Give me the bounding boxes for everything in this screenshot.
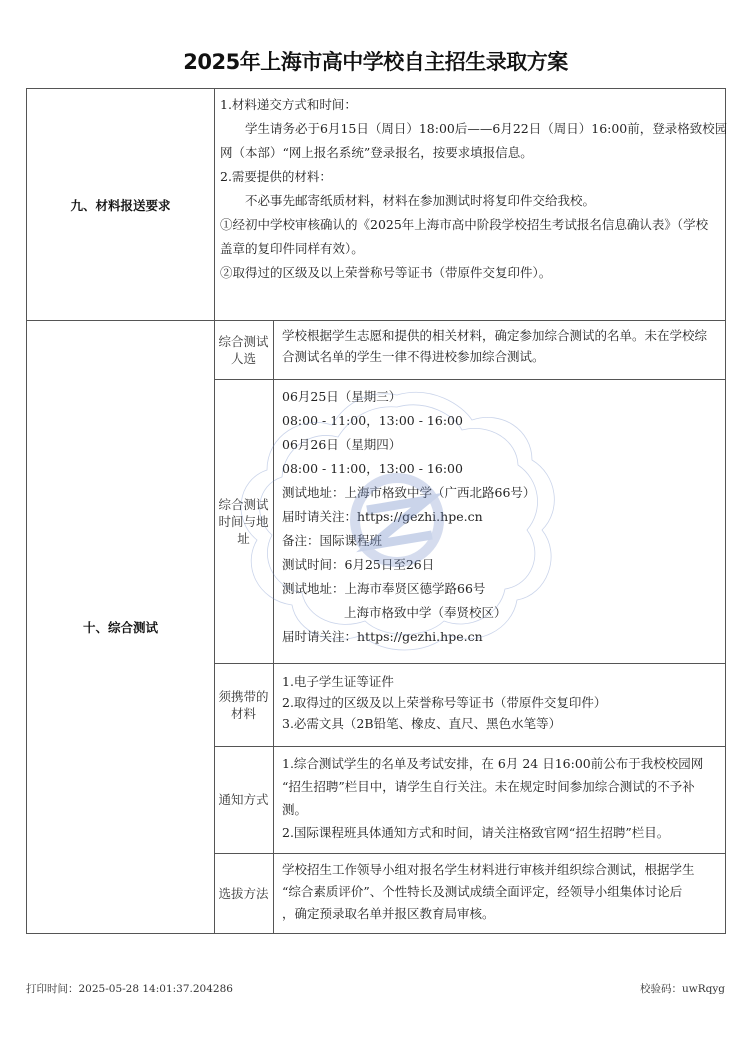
text-line: ，确定预录取名单并报区教育局审核。 <box>282 903 717 925</box>
row-selection-method: 选拔方法 学校招生工作领导小组对报名学生材料进行审核并组织综合测试，根据学生 “… <box>214 853 725 934</box>
text-line: 3.必需文具（2B铅笔、橡皮、直尺、黑色水笔等） <box>282 713 717 734</box>
section-body-materials: 1.材料递交方式和时间： 学生请务必于6月15日（周日）18:00后——6月22… <box>214 89 725 320</box>
text-line: “综合素质评价”、个性特长及测试成绩全面评定，经领导小组集体讨论后 <box>282 881 717 903</box>
text-line: 盖章的复印件同样有效）。 <box>220 237 719 261</box>
section-label-comprehensive-test: 十、综合测试 <box>27 321 215 933</box>
section-body-comprehensive-test: 综合测试人选 学校根据学生志愿和提供的相关材料，确定参加综合测试的名单。未在学校… <box>214 321 725 933</box>
row-content: 1.综合测试学生的名单及考试安排，在 6月 24 日16:00前公布于我校校园网… <box>274 746 725 853</box>
link-text: 届时请关注：https://gezhi.hpe.cn <box>282 625 717 649</box>
text-line: 08:00 - 11:00，13:00 - 16:00 <box>282 457 717 481</box>
row-label: 通知方式 <box>214 746 274 853</box>
row-label: 须携带的材料 <box>214 663 274 746</box>
text-line: ①经初中学校审核确认的《2025年上海市高中阶段学校招生考试报名信息确认表》（学… <box>220 213 719 237</box>
text-line: 不必事先邮寄纸质材料，材料在参加测试时将复印件交给我校。 <box>220 189 719 213</box>
text-line: 学生请务必于6月15日（周日）18:00后——6月22日（周日）16:00前，登… <box>220 117 719 141</box>
text-line: 2.需要提供的材料： <box>220 165 719 189</box>
text-line: 2.国际课程班具体通知方式和时间，请关注格致官网“招生招聘”栏目。 <box>282 821 717 844</box>
text-line: 测试时间：6月25日至26日 <box>282 553 717 577</box>
row-content: 学校根据学生志愿和提供的相关材料，确定参加综合测试的名单。未在学校综 合测试名单… <box>274 321 725 379</box>
text-line: 学校根据学生志愿和提供的相关材料，确定参加综合测试的名单。未在学校综 <box>282 325 717 346</box>
section-comprehensive-test: 十、综合测试 综合测试人选 学校根据学生志愿和提供的相关材料，确定参加综合测试的… <box>27 321 725 933</box>
section-materials: 九、材料报送要求 1.材料递交方式和时间： 学生请务必于6月15日（周日）18:… <box>27 89 725 321</box>
row-content: 06月25日（星期三） 08:00 - 11:00，13:00 - 16:00 … <box>274 379 725 663</box>
text-line: 06月26日（星期四） <box>282 433 717 457</box>
link-text: 届时请关注：https://gezhi.hpe.cn <box>282 505 717 529</box>
text-line: “招生招聘”栏目中，请学生自行关注。未在规定时间参加综合测试的不予补 <box>282 775 717 798</box>
text-line: 06月25日（星期三） <box>282 385 717 409</box>
row-label: 综合测试时间与地址 <box>214 379 274 663</box>
text-line: 备注：国际课程班 <box>282 529 717 553</box>
row-materials-to-bring: 须携带的材料 1.电子学生证等证件 2.取得过的区级及以上荣誉称号等证书（带原件… <box>214 663 725 747</box>
row-label: 选拔方法 <box>214 853 274 934</box>
print-time: 打印时间：2025-05-28 14:01:37.204286 <box>26 981 233 996</box>
row-content: 学校招生工作领导小组对报名学生材料进行审核并组织综合测试，根据学生 “综合素质评… <box>274 853 725 934</box>
check-code: 校验码：uwRqyg <box>640 981 725 996</box>
document-title: 2025年上海市高中学校自主招生录取方案 <box>0 46 751 76</box>
text-line: 1.电子学生证等证件 <box>282 671 717 692</box>
section-label-materials: 九、材料报送要求 <box>27 89 215 320</box>
text-line: 学校招生工作领导小组对报名学生材料进行审核并组织综合测试，根据学生 <box>282 859 717 881</box>
text-line: 2.取得过的区级及以上荣誉称号等证书（带原件交复印件） <box>282 692 717 713</box>
row-notification: 通知方式 1.综合测试学生的名单及考试安排，在 6月 24 日16:00前公布于… <box>214 746 725 854</box>
row-time-address: 综合测试时间与地址 06月25日（星期三） 08:00 - 11:00，13:0… <box>214 379 725 664</box>
row-content: 1.电子学生证等证件 2.取得过的区级及以上荣誉称号等证书（带原件交复印件） 3… <box>274 663 725 746</box>
row-label: 综合测试人选 <box>214 321 274 379</box>
text-line: ②取得过的区级及以上荣誉称号等证书（带原件交复印件）。 <box>220 261 719 285</box>
text-line: 08:00 - 11:00，13:00 - 16:00 <box>282 409 717 433</box>
text-line: 合测试名单的学生一律不得进校参加综合测试。 <box>282 346 717 367</box>
text-line: 测。 <box>282 798 717 821</box>
row-candidates: 综合测试人选 学校根据学生志愿和提供的相关材料，确定参加综合测试的名单。未在学校… <box>214 321 725 380</box>
text-line: 测试地址：上海市格致中学（广西北路66号） <box>282 481 717 505</box>
text-line: 1.综合测试学生的名单及考试安排，在 6月 24 日16:00前公布于我校校园网 <box>282 752 717 775</box>
text-line: 测试地址：上海市奉贤区德学路66号 <box>282 577 717 601</box>
text-line: 1.材料递交方式和时间： <box>220 93 719 117</box>
text-line: 网（本部）“网上报名系统”登录报名，按要求填报信息。 <box>220 141 719 165</box>
admission-table: 九、材料报送要求 1.材料递交方式和时间： 学生请务必于6月15日（周日）18:… <box>26 88 726 934</box>
text-line: 上海市格致中学（奉贤校区） <box>282 601 717 625</box>
